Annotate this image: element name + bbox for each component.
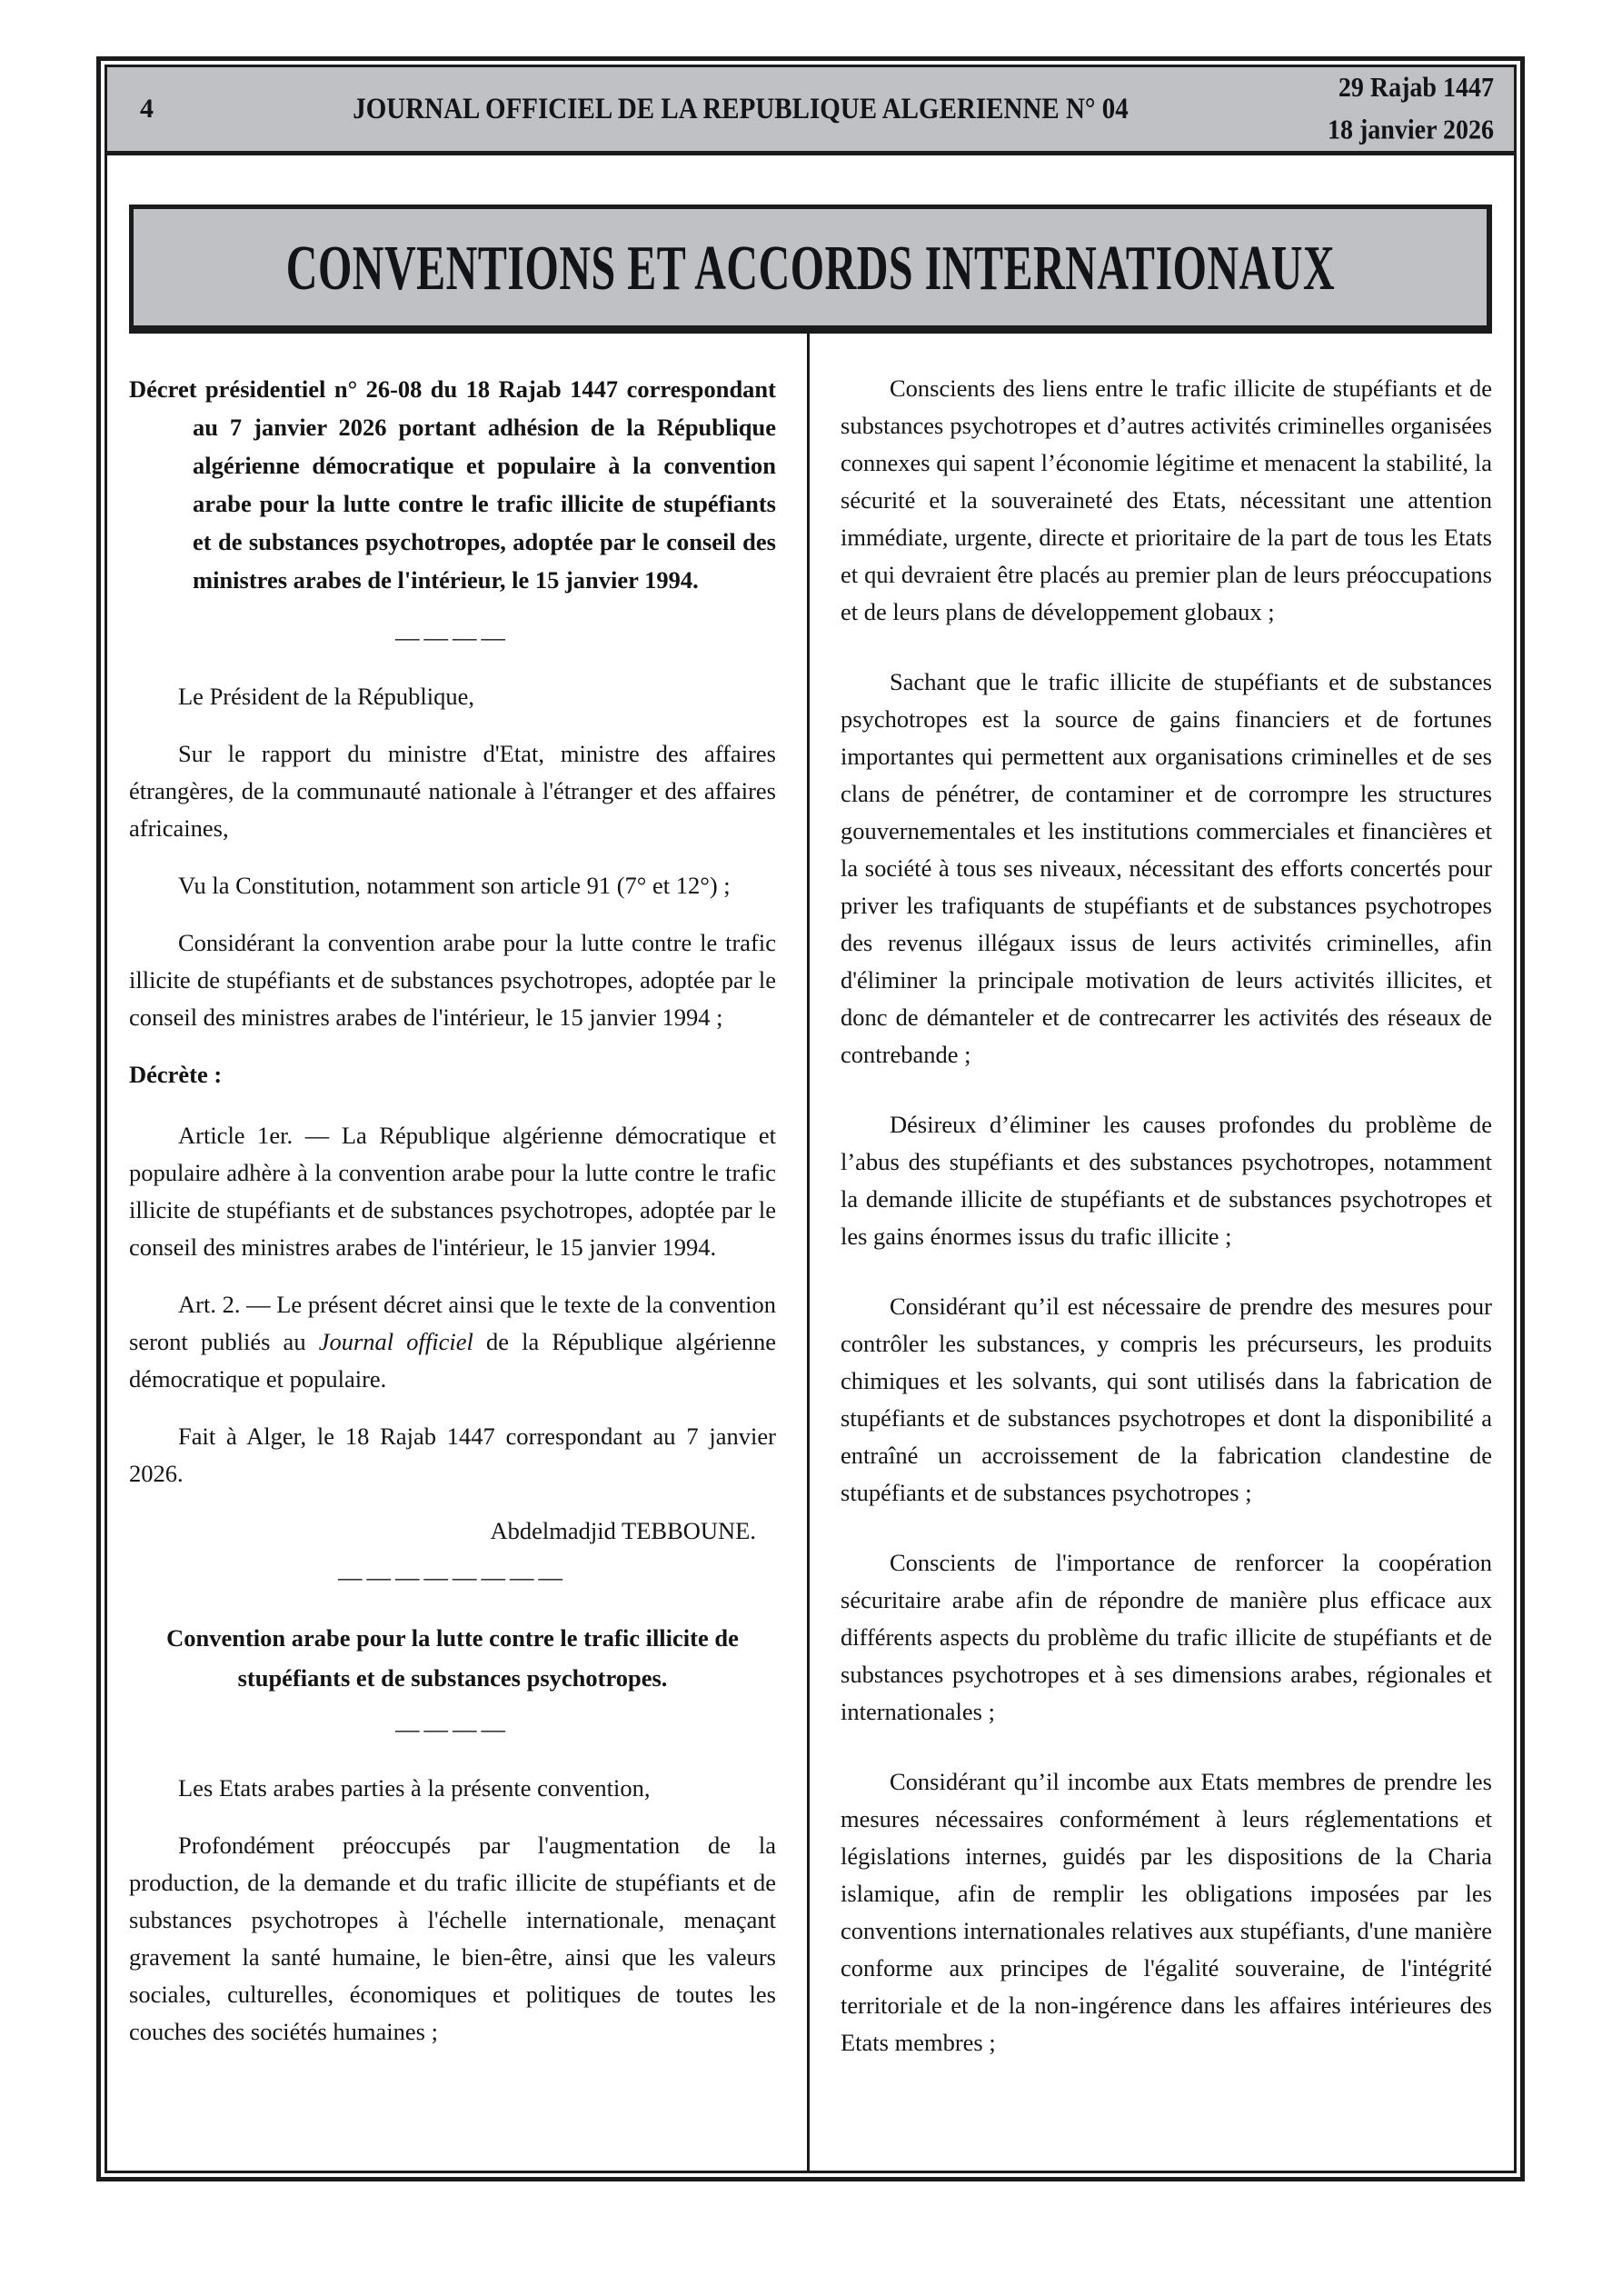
date-hijri: 29 Rajab 1447 [1328,67,1494,109]
section-banner: CONVENTIONS ET ACCORDS INTERNATIONAUX [129,205,1492,334]
paragraph-fait-a-alger: Fait à Alger, le 18 Rajab 1447 correspon… [129,1418,776,1492]
right-column-paragraph: Considérant qu’il est nécessaire de pren… [841,1288,1492,1512]
right-column-paragraph: Sachant que le trafic illicite de stupéf… [841,664,1492,1073]
right-column-paragraph: Conscients de l'importance de renforcer … [841,1544,1492,1731]
page-number: 4 [140,94,154,125]
right-column-paragraph: Considérant qu’il incombe aux Etats memb… [841,1763,1492,2061]
masthead: 4 JOURNAL OFFICIEL DE LA REPUBLIQUE ALGE… [107,67,1514,155]
separator-dashes-long: ———————— [129,1559,776,1596]
signature: Abdelmadjid TEBBOUNE. [129,1512,776,1550]
paragraph-rapport: Sur le rapport du ministre d'Etat, minis… [129,735,776,847]
masthead-dates: 29 Rajab 1447 18 janvier 2026 [1328,67,1494,152]
paragraph-vu-constitution: Vu la Constitution, notamment son articl… [129,867,776,904]
decree-heading: Décret présidentiel n° 26-08 du 18 Rajab… [129,370,776,599]
paragraph-president: Le Président de la République, [129,678,776,715]
paragraph-profondement: Profondément préoccupés par l'augmentati… [129,1827,776,2051]
page-frame: 4 JOURNAL OFFICIEL DE LA REPUBLIQUE ALGE… [96,56,1525,2181]
two-column-body: Décret présidentiel n° 26-08 du 18 Rajab… [107,334,1514,2171]
decrete-label: Décrète : [129,1056,776,1093]
separator-dashes: ———— [129,1711,776,1748]
separator-dashes: ———— [129,619,776,656]
date-gregorian: 18 janvier 2026 [1328,109,1494,151]
left-column: Décret présidentiel n° 26-08 du 18 Rajab… [129,370,776,2171]
paragraph-article-2: Art. 2. — Le présent décret ainsi que le… [129,1286,776,1398]
paragraph-article-1: Article 1er. — La République algérienne … [129,1117,776,1266]
right-column-paragraph: Conscients des liens entre le trafic ill… [841,370,1492,631]
convention-title: Convention arabe pour la lutte contre le… [129,1618,776,1698]
journal-title: JOURNAL OFFICIEL DE LA REPUBLIQUE ALGERI… [154,93,1328,126]
right-column-paragraph: Désireux d’éliminer les causes profondes… [841,1106,1492,1255]
journal-page: 4 JOURNAL OFFICIEL DE LA REPUBLIQUE ALGE… [0,0,1622,2296]
right-column: Conscients des liens entre le trafic ill… [841,370,1492,2171]
column-divider [807,334,810,2171]
section-banner-title: CONVENTIONS ET ACCORDS INTERNATIONAUX [285,231,1334,304]
paragraph-considerant: Considérant la convention arabe pour la … [129,924,776,1036]
journal-officiel-italic: Journal officiel [319,1328,473,1355]
paragraph-etats-arabes: Les Etats arabes parties à la présente c… [129,1770,776,1807]
page-frame-inner: 4 JOURNAL OFFICIEL DE LA REPUBLIQUE ALGE… [104,65,1517,2173]
